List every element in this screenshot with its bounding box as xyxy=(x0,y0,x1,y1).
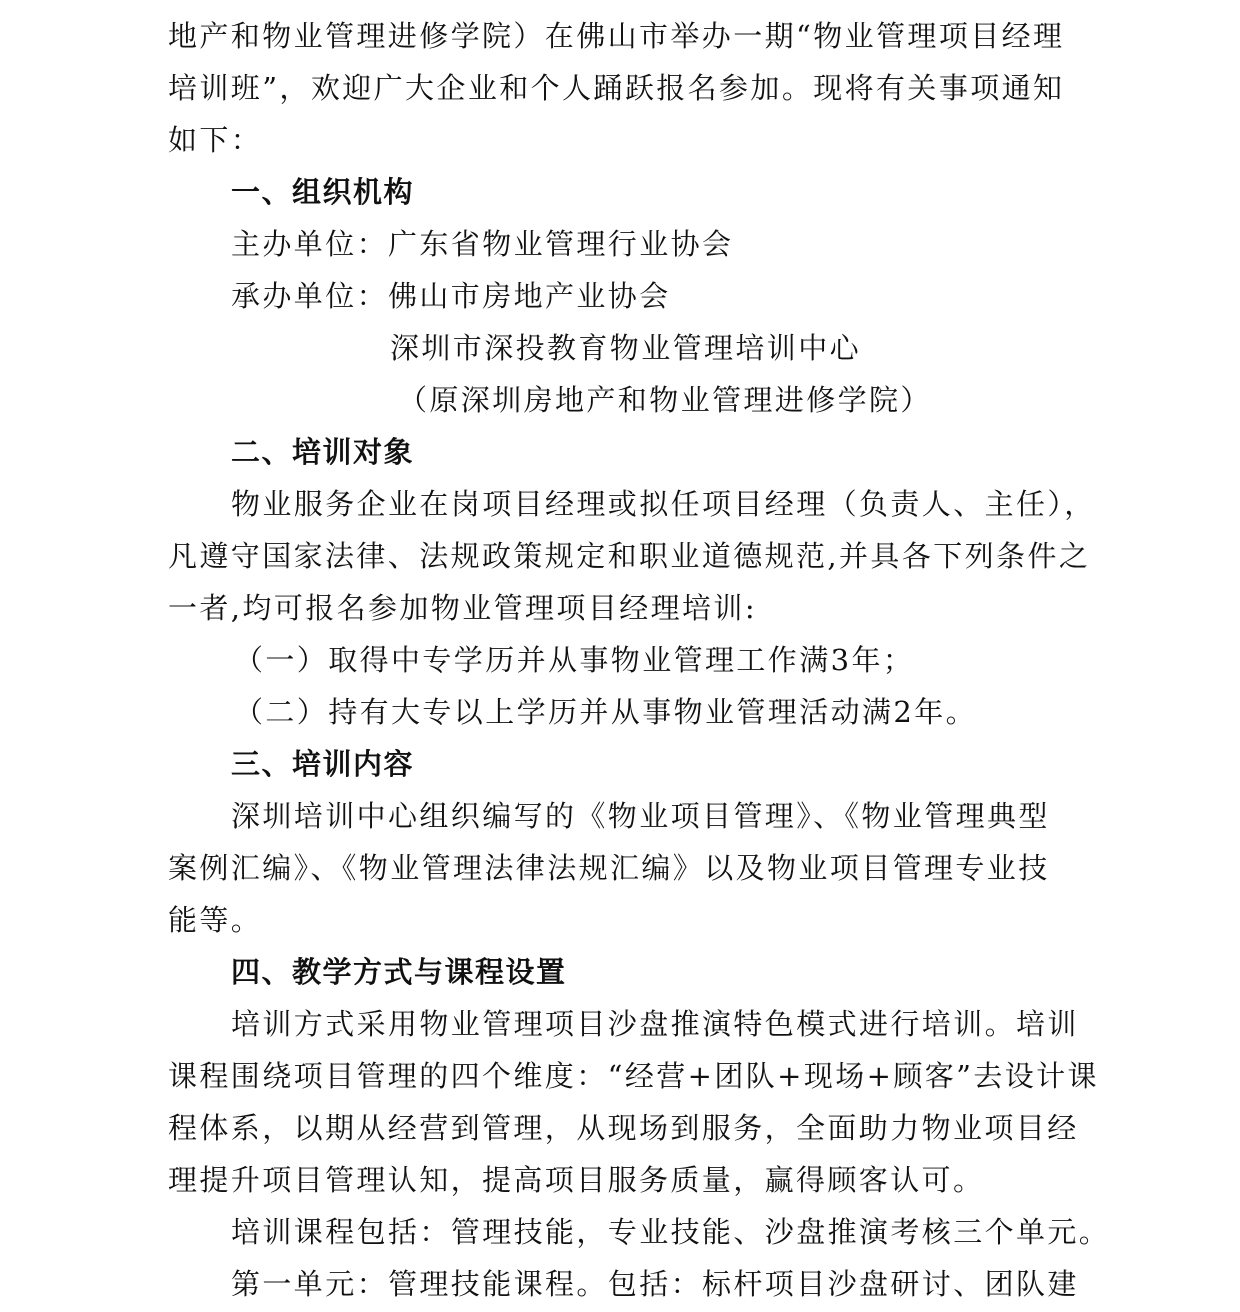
section-heading-content: 三、培训内容 xyxy=(231,738,414,790)
trainees-paragraph-line-2: 凡遵守国家法律、法规政策规定和职业道德规范,并具各下列条件之 xyxy=(168,530,1090,582)
condition-1: （一）取得中专学历并从事物业管理工作满3年； xyxy=(234,634,914,686)
trainees-paragraph-line-3: 一者,均可报名参加物业管理项目经理培训: xyxy=(168,582,757,634)
teaching-paragraph-line-2: 课程围绕项目管理的四个维度：“经营+团队+现场+顾客”去设计课 xyxy=(168,1050,1099,1102)
condition-2: （二）持有大专以上学历并从事物业管理活动满2年。 xyxy=(234,686,977,738)
section-heading-trainees: 二、培训对象 xyxy=(231,426,414,478)
organizer-unit-2-note: （原深圳房地产和物业管理进修学院） xyxy=(398,374,932,426)
units-summary: 培训课程包括：管理技能，专业技能、沙盘推演考核三个单元。 xyxy=(231,1206,1110,1258)
section-heading-organization: 一、组织机构 xyxy=(231,166,414,218)
intro-line-1: 地产和物业管理进修学院）在佛山市举办一期“物业管理项目经理 xyxy=(168,10,1064,62)
trainees-paragraph-line-1: 物业服务企业在岗项目经理或拟任项目经理（负责人、主任）， xyxy=(231,478,1096,530)
content-paragraph-line-2: 案例汇编》、《物业管理法律法规汇编》以及物业项目管理专业技 xyxy=(168,842,1050,894)
intro-line-3: 如下： xyxy=(168,114,262,166)
content-paragraph-line-1: 深圳培训中心组织编写的《物业项目管理》、《物业管理典型 xyxy=(231,790,1050,842)
teaching-paragraph-line-4: 理提升项目管理认知，提高项目服务质量，赢得顾客认可。 xyxy=(168,1154,984,1206)
teaching-paragraph-line-1: 培训方式采用物业管理项目沙盘推演特色模式进行培训。培训 xyxy=(231,998,1079,1050)
section-heading-teaching: 四、教学方式与课程设置 xyxy=(231,946,567,998)
unit-1: 第一单元：管理技能课程。包括：标杆项目沙盘研讨、团队建 xyxy=(231,1258,1079,1310)
content-paragraph-line-3: 能等。 xyxy=(168,894,262,946)
intro-line-2: 培训班”，欢迎广大企业和个人踊跃报名参加。现将有关事项通知 xyxy=(168,62,1064,114)
host-unit: 主办单位：广东省物业管理行业协会 xyxy=(231,218,733,270)
organizer-unit-2: 深圳市深投教育物业管理培训中心 xyxy=(390,322,861,374)
teaching-paragraph-line-3: 程体系，以期从经营到管理，从现场到服务，全面助力物业项目经 xyxy=(168,1102,1079,1154)
organizer-unit: 承办单位：佛山市房地产业协会 xyxy=(231,270,671,322)
